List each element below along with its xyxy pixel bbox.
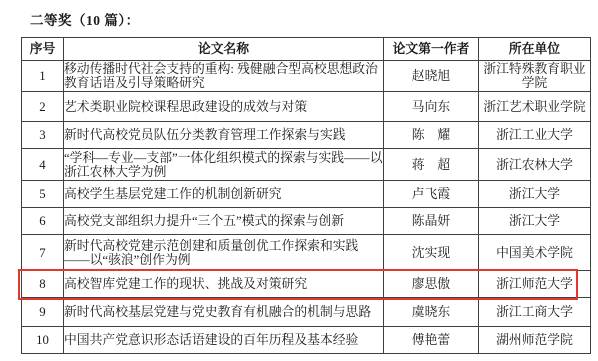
row-number: 1 — [22, 61, 64, 92]
table-row: 10 中国共产党意识形态话语建设的百年历程及基本经验 傅艳蕾 湖州师范学院 — [22, 327, 591, 354]
paper-title: 新时代高校基层党建与党史教育有机融合的机制与思路 — [64, 298, 384, 327]
paper-title: 高校党支部组织力提升“三个五”模式的探索与创新 — [64, 208, 384, 235]
first-author: 陈 耀 — [384, 122, 479, 149]
first-author: 马向东 — [384, 92, 479, 122]
table-row: 3 新时代高校党员队伍分类教育管理工作探索与实践 陈 耀 浙江工业大学 — [22, 122, 591, 149]
paper-title: 中国共产党意识形态话语建设的百年历程及基本经验 — [64, 327, 384, 354]
table-row: 6 高校党支部组织力提升“三个五”模式的探索与创新 陈晶妍 浙江大学 — [22, 208, 591, 235]
table-row: 1 移动传播时代社会支持的重构: 残健融合型高校思想政治教育话语及引导策略研究 … — [22, 61, 591, 92]
unit: 中国美术学院 — [479, 235, 591, 271]
table-row: 8 高校智库党建工作的现状、挑战及对策研究 廖思傲 浙江师范大学 — [22, 271, 591, 298]
first-author: 卢飞霞 — [384, 181, 479, 208]
row-number: 6 — [22, 208, 64, 235]
row-number: 10 — [22, 327, 64, 354]
paper-title: 艺术类职业院校课程思政建设的成效与对策 — [64, 92, 384, 122]
first-author: 陈晶妍 — [384, 208, 479, 235]
row-number: 2 — [22, 92, 64, 122]
first-author: 赵晓旭 — [384, 61, 479, 92]
table-row: 2 艺术类职业院校课程思政建设的成效与对策 马向东 浙江艺术职业学院 — [22, 92, 591, 122]
document-page: 二等奖（10 篇）： 序号 论文名称 论文第一作者 所在单位 1 移动传播时代社… — [0, 0, 598, 361]
table-row: 7 新时代高校党建示范创建和质量创优工作探索和实践——以“骇浪”创作为例 沈实现… — [22, 235, 591, 271]
table-header: 序号 论文名称 论文第一作者 所在单位 — [22, 38, 591, 61]
table-row: 4 “学科—专业—支部”一体化组织模式的探索与实践——以浙江农林大学为例 蒋 超… — [22, 149, 591, 181]
row-number: 7 — [22, 235, 64, 271]
first-author: 虞晓东 — [384, 298, 479, 327]
first-author: 蒋 超 — [384, 149, 479, 181]
first-author: 廖思傲 — [384, 271, 479, 298]
unit: 湖州师范学院 — [479, 327, 591, 354]
unit: 浙江特殊教育职业学院 — [479, 61, 591, 92]
unit: 浙江工商大学 — [479, 298, 591, 327]
col-header-number: 序号 — [22, 38, 64, 61]
col-header-unit: 所在单位 — [479, 38, 591, 61]
table-row: 5 高校学生基层党建工作的机制创新研究 卢飞霞 浙江大学 — [22, 181, 591, 208]
row-number: 8 — [22, 271, 64, 298]
first-author: 沈实现 — [384, 235, 479, 271]
col-header-paper-title: 论文名称 — [64, 38, 384, 61]
paper-title: 高校学生基层党建工作的机制创新研究 — [64, 181, 384, 208]
unit: 浙江师范大学 — [479, 271, 591, 298]
unit: 浙江大学 — [479, 208, 591, 235]
paper-title: 新时代高校党建示范创建和质量创优工作探索和实践——以“骇浪”创作为例 — [64, 235, 384, 271]
paper-title: 高校智库党建工作的现状、挑战及对策研究 — [64, 271, 384, 298]
paper-title: 新时代高校党员队伍分类教育管理工作探索与实践 — [64, 122, 384, 149]
unit: 浙江农林大学 — [479, 149, 591, 181]
row-number: 4 — [22, 149, 64, 181]
table-row: 9 新时代高校基层党建与党史教育有机融合的机制与思路 虞晓东 浙江工商大学 — [22, 298, 591, 327]
unit: 浙江工业大学 — [479, 122, 591, 149]
col-header-first-author: 论文第一作者 — [384, 38, 479, 61]
unit: 浙江大学 — [479, 181, 591, 208]
paper-title: 移动传播时代社会支持的重构: 残健融合型高校思想政治教育话语及引导策略研究 — [64, 61, 384, 92]
awards-table: 序号 论文名称 论文第一作者 所在单位 1 移动传播时代社会支持的重构: 残健融… — [21, 37, 591, 354]
row-number: 9 — [22, 298, 64, 327]
first-author: 傅艳蕾 — [384, 327, 479, 354]
row-number: 3 — [22, 122, 64, 149]
header-row: 序号 论文名称 论文第一作者 所在单位 — [22, 38, 591, 61]
section-title: 二等奖（10 篇）： — [30, 9, 140, 29]
table-body: 1 移动传播时代社会支持的重构: 残健融合型高校思想政治教育话语及引导策略研究 … — [22, 61, 591, 354]
unit: 浙江艺术职业学院 — [479, 92, 591, 122]
paper-title: “学科—专业—支部”一体化组织模式的探索与实践——以浙江农林大学为例 — [64, 149, 384, 181]
row-number: 5 — [22, 181, 64, 208]
